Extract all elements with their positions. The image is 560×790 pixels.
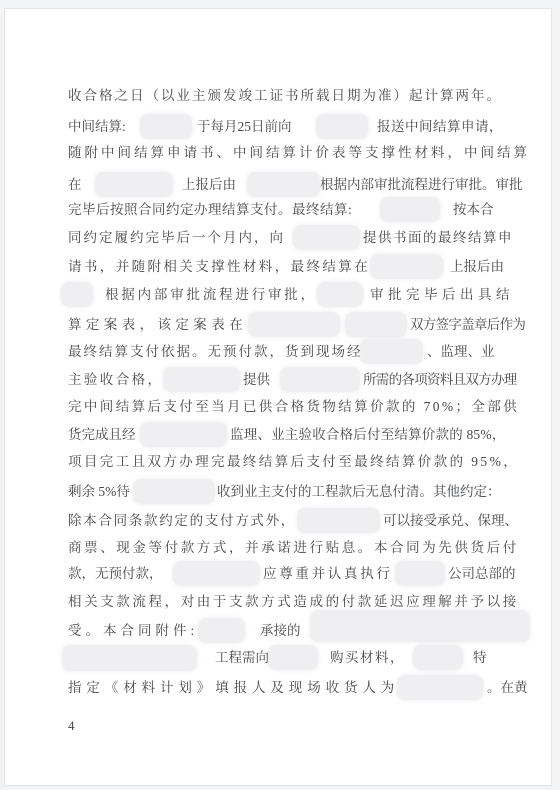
text-segment: 特 — [473, 648, 487, 668]
text-segment: 除本合同条款约定的支付方式外， — [68, 511, 296, 531]
text-segment: 请书，并随附相关支撑性材料，最终结算在 — [68, 257, 370, 277]
redaction-box — [316, 114, 368, 139]
text-segment: 报送中间结算申请， — [377, 117, 503, 137]
text-segment: 款，无预付款， — [68, 564, 163, 584]
text-segment: 中间结算: — [68, 117, 126, 137]
redaction-box — [173, 561, 260, 586]
redaction-box — [62, 645, 197, 671]
text-segment: 收到业主支付的工程款后无息付清。其他约定： — [217, 482, 501, 502]
redaction-box — [345, 312, 407, 337]
text-segment: 项目完工且双方办理完最终结算后支付至最终结算价款的 95%， — [68, 452, 519, 472]
redaction-box — [198, 618, 245, 643]
text-segment: 可以接受承兑、保理、 — [383, 511, 518, 531]
text-segment: 受。本合同附件: — [68, 621, 198, 641]
text-segment: 购买材料， — [330, 648, 405, 668]
text-segment: 在 — [68, 175, 82, 195]
text-segment: 最终结算支付依据。无预付款，货到现场经 — [68, 342, 363, 362]
text-segment: 、监理、业 — [427, 342, 495, 362]
text-segment: 收合格之日（以业主颁发竣工证书所载日期为准）起计算两年。 — [68, 86, 502, 106]
redaction-box — [140, 114, 192, 139]
text-segment: 上报后由 — [450, 257, 504, 277]
text-segment: 上报后由 — [182, 175, 236, 195]
redaction-box — [310, 610, 530, 642]
redaction-box — [360, 339, 423, 364]
text-segment: 算定案表，该定案表在 — [68, 315, 247, 335]
document-content: 4 收合格之日（以业主颁发竣工证书所载日期为准）起计算两年。中间结算:于每月25… — [0, 0, 560, 790]
redaction-box — [133, 479, 215, 504]
text-segment: 完中间结算后支付至当月已供合格货物结算价款的 70%；全部供 — [68, 397, 519, 417]
redaction-box — [380, 197, 440, 222]
redaction-box — [163, 367, 240, 392]
text-segment: 商票、现金等付款方式，并承诺进行贴息。本合同为先供货后付 — [68, 538, 519, 558]
redaction-box — [370, 254, 443, 279]
text-segment: 公司总部的 — [448, 564, 516, 584]
text-segment: 承接的 — [260, 621, 301, 641]
text-segment: 同约定履约完毕后一个月内，向 — [68, 228, 285, 248]
text-segment: 货完成且经 — [68, 425, 136, 445]
text-segment: 于每月25日前向 — [197, 117, 292, 137]
text-segment: 根据内部审批流程进行审批， — [105, 285, 317, 305]
redaction-box — [317, 282, 363, 307]
text-segment: 所需的各项资料且双方办理 — [363, 370, 517, 390]
text-segment: 提供 — [243, 370, 270, 390]
redaction-box — [280, 367, 360, 392]
text-segment: 。在黄 — [487, 678, 528, 698]
text-segment: 双方签字盖章后作为 — [410, 315, 525, 335]
text-segment: 相关支款流程，对由于支款方式造成的付款延迟应理解并予以接 — [68, 592, 519, 612]
redaction-box — [140, 422, 227, 447]
text-segment: 根据内部审批流程进行审批。审批 — [320, 175, 523, 195]
redaction-box — [293, 225, 360, 250]
text-segment: 应尊重并认真执行 — [263, 564, 393, 584]
redaction-box — [297, 508, 380, 533]
page-number: 4 — [68, 716, 75, 736]
text-segment: 审批完毕后出具结 — [370, 285, 514, 305]
text-segment: 完毕后按照合同约定办理结算支付。最终结算: — [68, 200, 352, 220]
text-segment: 主验收合格， — [68, 370, 163, 390]
redaction-box — [247, 172, 320, 197]
redaction-box — [395, 561, 445, 586]
redaction-box — [248, 312, 340, 337]
redaction-box — [413, 645, 463, 670]
text-segment: 工程需向 — [215, 648, 269, 668]
text-segment: 按本合 — [453, 200, 494, 220]
redaction-box — [95, 172, 173, 197]
text-segment: 随附中间结算申请书、中间结算计价表等支撑性材料，中间结算 — [68, 143, 530, 163]
text-segment: 剩余 5%待 — [68, 482, 130, 502]
redaction-box — [61, 282, 93, 307]
text-segment: 监理、业主验收合格后付至结算价款的 85%， — [230, 425, 506, 445]
redaction-box — [268, 645, 318, 670]
text-segment: 提供书面的最终结算申 — [363, 228, 513, 248]
redaction-box — [397, 675, 483, 700]
text-segment: 指定《材料计划》填报人及现场收货人为 — [68, 678, 399, 698]
